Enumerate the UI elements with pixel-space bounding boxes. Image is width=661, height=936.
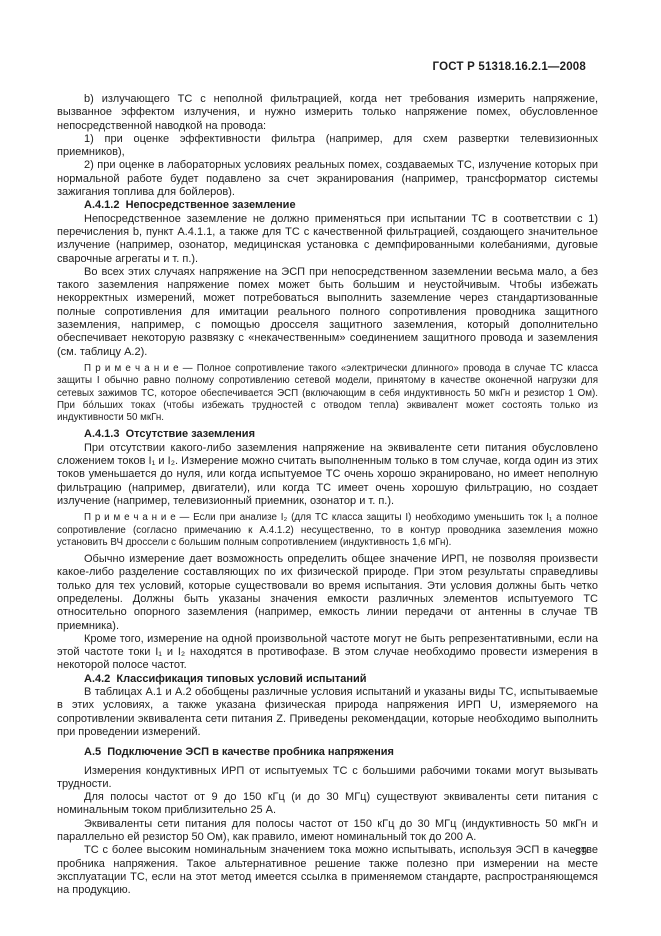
body-paragraph: Для полосы частот от 9 до 150 кГц (и до … — [57, 791, 598, 818]
note-paragraph: П р и м е ч а н и е — Полное сопротивлен… — [57, 363, 598, 424]
section-heading-a5: А.5 Подключение ЭСП в качестве пробника … — [57, 746, 598, 759]
body-paragraph: Кроме того, измерение на одной произволь… — [57, 633, 598, 673]
body-paragraph: В таблицах А.1 и А.2 обобщены различные … — [57, 686, 598, 739]
body-paragraph: Во всех этих случаях напряжение на ЭСП п… — [57, 266, 598, 359]
section-heading-a413: А.4.1.3 Отсутствие заземления — [57, 428, 598, 441]
note-paragraph: П р и м е ч а н и е — Если при анализе I… — [57, 512, 598, 549]
body-paragraph: ТС с более высоким номинальным значением… — [57, 844, 598, 897]
body-paragraph: Измерения кондуктивных ИРП от испытуемых… — [57, 765, 598, 792]
section-heading-a42: А.4.2 Классификация типовых условий испы… — [57, 673, 598, 686]
list-item-2: 2) при оценке в лабораторных условиях ре… — [57, 159, 598, 199]
body-paragraph: Эквиваленты сети питания для полосы част… — [57, 818, 598, 845]
section-heading-a412: А.4.1.2 Непосредственное заземление — [57, 199, 598, 212]
paragraph-item-b: b) излучающего ТС с неполной фильтрацией… — [57, 93, 598, 133]
body-paragraph: При отсутствии какого-либо заземления на… — [57, 442, 598, 508]
document-body: b) излучающего ТС с неполной фильтрацией… — [57, 93, 598, 898]
body-paragraph: Непосредственное заземление не должно пр… — [57, 213, 598, 266]
document-header: ГОСТ Р 51318.16.2.1—2008 — [57, 61, 586, 73]
page-number: 39 — [575, 846, 587, 858]
list-item-1: 1) при оценке эффективности фильтра (нап… — [57, 133, 598, 160]
document-page: ГОСТ Р 51318.16.2.1—2008 b) излучающего … — [0, 0, 661, 936]
body-paragraph: Обычно измерение дает возможность опреде… — [57, 553, 598, 633]
